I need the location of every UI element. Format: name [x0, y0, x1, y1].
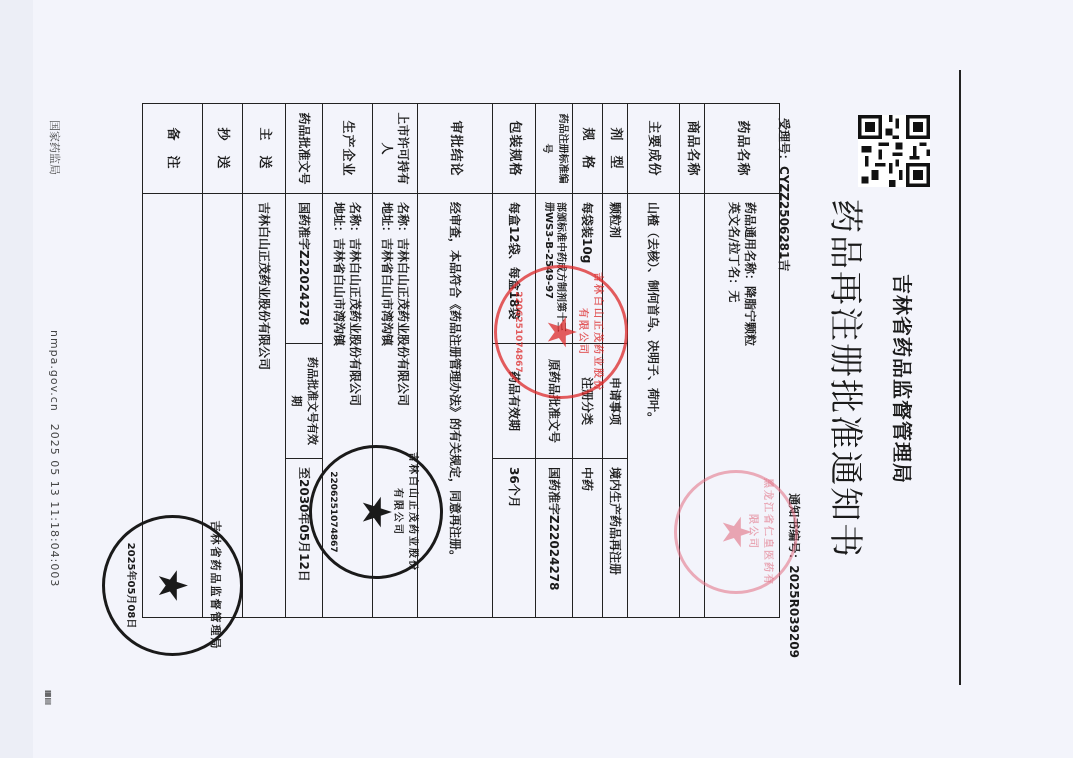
row-ingredients: 主要成份 山楂（去核）、制何首乌、决明子、荷叶。 — [628, 104, 680, 618]
star-icon: ★ — [356, 494, 396, 530]
star-icon: ★ — [541, 314, 581, 350]
footer-timestamp: nmpa.gov.cn 2025 05 13 11:18:04:003 — [47, 330, 63, 587]
agency-seal: 吉林省药品监督管理局 ★ 2025年05月08日 — [102, 515, 243, 656]
notice-document: 吉林省药品监督管理局 药品再注册批准通知书 受理号：CYZZ2506281吉 通… — [0, 0, 1073, 758]
row-main-recipient: 主 送 吉林白山正茂药业股份有限公司 — [243, 104, 286, 618]
document-title: 药品再注册批准通知书 — [824, 0, 873, 758]
company-seal-red: 吉林白山正茂药业股份有限公司 ★ 2206251074867 — [494, 265, 628, 399]
scan-edge — [0, 0, 33, 758]
star-icon: ★ — [716, 514, 756, 550]
agency-name: 吉林省药品监督管理局 — [889, 0, 918, 758]
header-rule — [959, 70, 961, 685]
star-icon: ★ — [153, 568, 193, 604]
label-drug-name: 药品名称 — [705, 104, 780, 194]
footer-agency: 国家药监局 — [47, 120, 63, 175]
faint-seal-pink: 黑龙江省仁皇医药有限公司 ★ — [674, 470, 798, 594]
company-seal-black: 吉林白山正茂药业股份有限公司 ★ 2206251074867 — [309, 445, 443, 579]
scan-code-icon: ▦▤ — [44, 690, 53, 705]
